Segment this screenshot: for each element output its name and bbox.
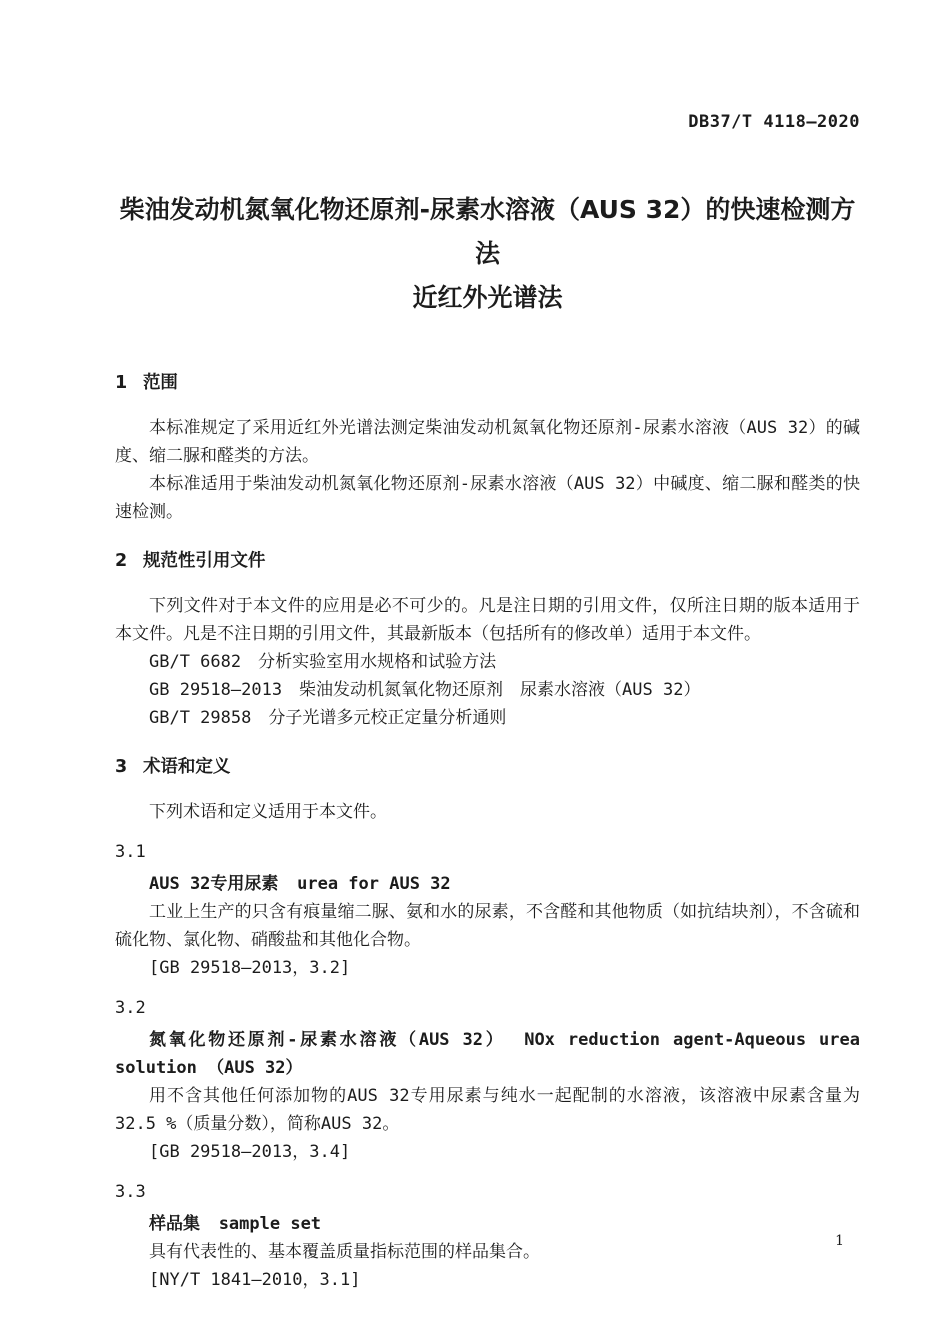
term-name-line: 氮氧化物还原剂-尿素水溶液（AUS 32）NOx reduction agent… <box>115 1026 860 1082</box>
term-entry: 3.2 氮氧化物还原剂-尿素水溶液（AUS 32）NOx reduction a… <box>115 994 860 1166</box>
term-source: [GB 29518—2013，3.4] <box>115 1138 860 1166</box>
term-name-zh: AUS 32专用尿素 <box>149 874 278 894</box>
term-id: 3.2 <box>115 994 860 1022</box>
term-id: 3.3 <box>115 1178 860 1206</box>
section-number: 3 <box>115 757 127 777</box>
section-heading-terms-definitions: 3术语和定义 <box>115 754 860 780</box>
section-heading-scope: 1范围 <box>115 370 860 396</box>
term-source: [NY/T 1841—2010，3.1] <box>115 1266 860 1294</box>
term-entry: 3.3 样品集sample set 具有代表性的、基本覆盖质量指标范围的样品集合… <box>115 1178 860 1294</box>
term-entry: 3.1 AUS 32专用尿素urea for AUS 32 工业上生产的只含有痕… <box>115 838 860 982</box>
section-number: 2 <box>115 551 127 571</box>
references-intro-paragraph: 下列文件对于本文件的应用是必不可少的。凡是注日期的引用文件，仅所注日期的版本适用… <box>115 592 860 648</box>
section-title: 规范性引用文件 <box>143 551 266 571</box>
term-name-line: AUS 32专用尿素urea for AUS 32 <box>115 870 860 898</box>
reference-item: GB/T 29858 分子光谱多元校正定量分析通则 <box>115 704 860 732</box>
reference-item: GB/T 6682 分析实验室用水规格和试验方法 <box>115 648 860 676</box>
document-title-line2: 近红外光谱法 <box>115 276 860 320</box>
document-title-line1: 柴油发动机氮氧化物还原剂-尿素水溶液（AUS 32）的快速检测方法 <box>115 188 860 276</box>
term-source: [GB 29518—2013，3.2] <box>115 954 860 982</box>
term-name-line: 样品集sample set <box>115 1210 860 1238</box>
term-definition: 用不含其他任何添加物的AUS 32专用尿素与纯水一起配制的水溶液，该溶液中尿素含… <box>115 1082 860 1138</box>
term-definition: 具有代表性的、基本覆盖质量指标范围的样品集合。 <box>115 1238 860 1266</box>
page-header: DB37/T 4118—2020 <box>115 112 860 132</box>
term-name-zh: 样品集 <box>149 1214 200 1234</box>
term-name-zh: 氮氧化物还原剂-尿素水溶液（AUS 32） <box>149 1030 506 1050</box>
terms-intro-paragraph: 下列术语和定义适用于本文件。 <box>115 798 860 826</box>
section-heading-normative-references: 2规范性引用文件 <box>115 548 860 574</box>
term-name-en: urea for AUS 32 <box>297 874 451 894</box>
section-number: 1 <box>115 373 127 393</box>
term-name-en: sample set <box>219 1214 321 1234</box>
section-title: 范围 <box>143 373 178 393</box>
document-page: DB37/T 4118—2020 柴油发动机氮氧化物还原剂-尿素水溶液（AUS … <box>0 0 950 1344</box>
section-title: 术语和定义 <box>143 757 231 777</box>
term-definition: 工业上生产的只含有痕量缩二脲、氨和水的尿素，不含醛和其他物质（如抗结块剂），不含… <box>115 898 860 954</box>
document-title: 柴油发动机氮氧化物还原剂-尿素水溶液（AUS 32）的快速检测方法 近红外光谱法 <box>115 188 860 320</box>
scope-paragraph: 本标准适用于柴油发动机氮氧化物还原剂-尿素水溶液（AUS 32）中碱度、缩二脲和… <box>115 470 860 526</box>
standard-code: DB37/T 4118—2020 <box>688 112 860 132</box>
scope-paragraph: 本标准规定了采用近红外光谱法测定柴油发动机氮氧化物还原剂-尿素水溶液（AUS 3… <box>115 414 860 470</box>
reference-item: GB 29518—2013 柴油发动机氮氧化物还原剂 尿素水溶液（AUS 32） <box>115 676 860 704</box>
term-id: 3.1 <box>115 838 860 866</box>
page-number: 1 <box>835 1232 844 1250</box>
